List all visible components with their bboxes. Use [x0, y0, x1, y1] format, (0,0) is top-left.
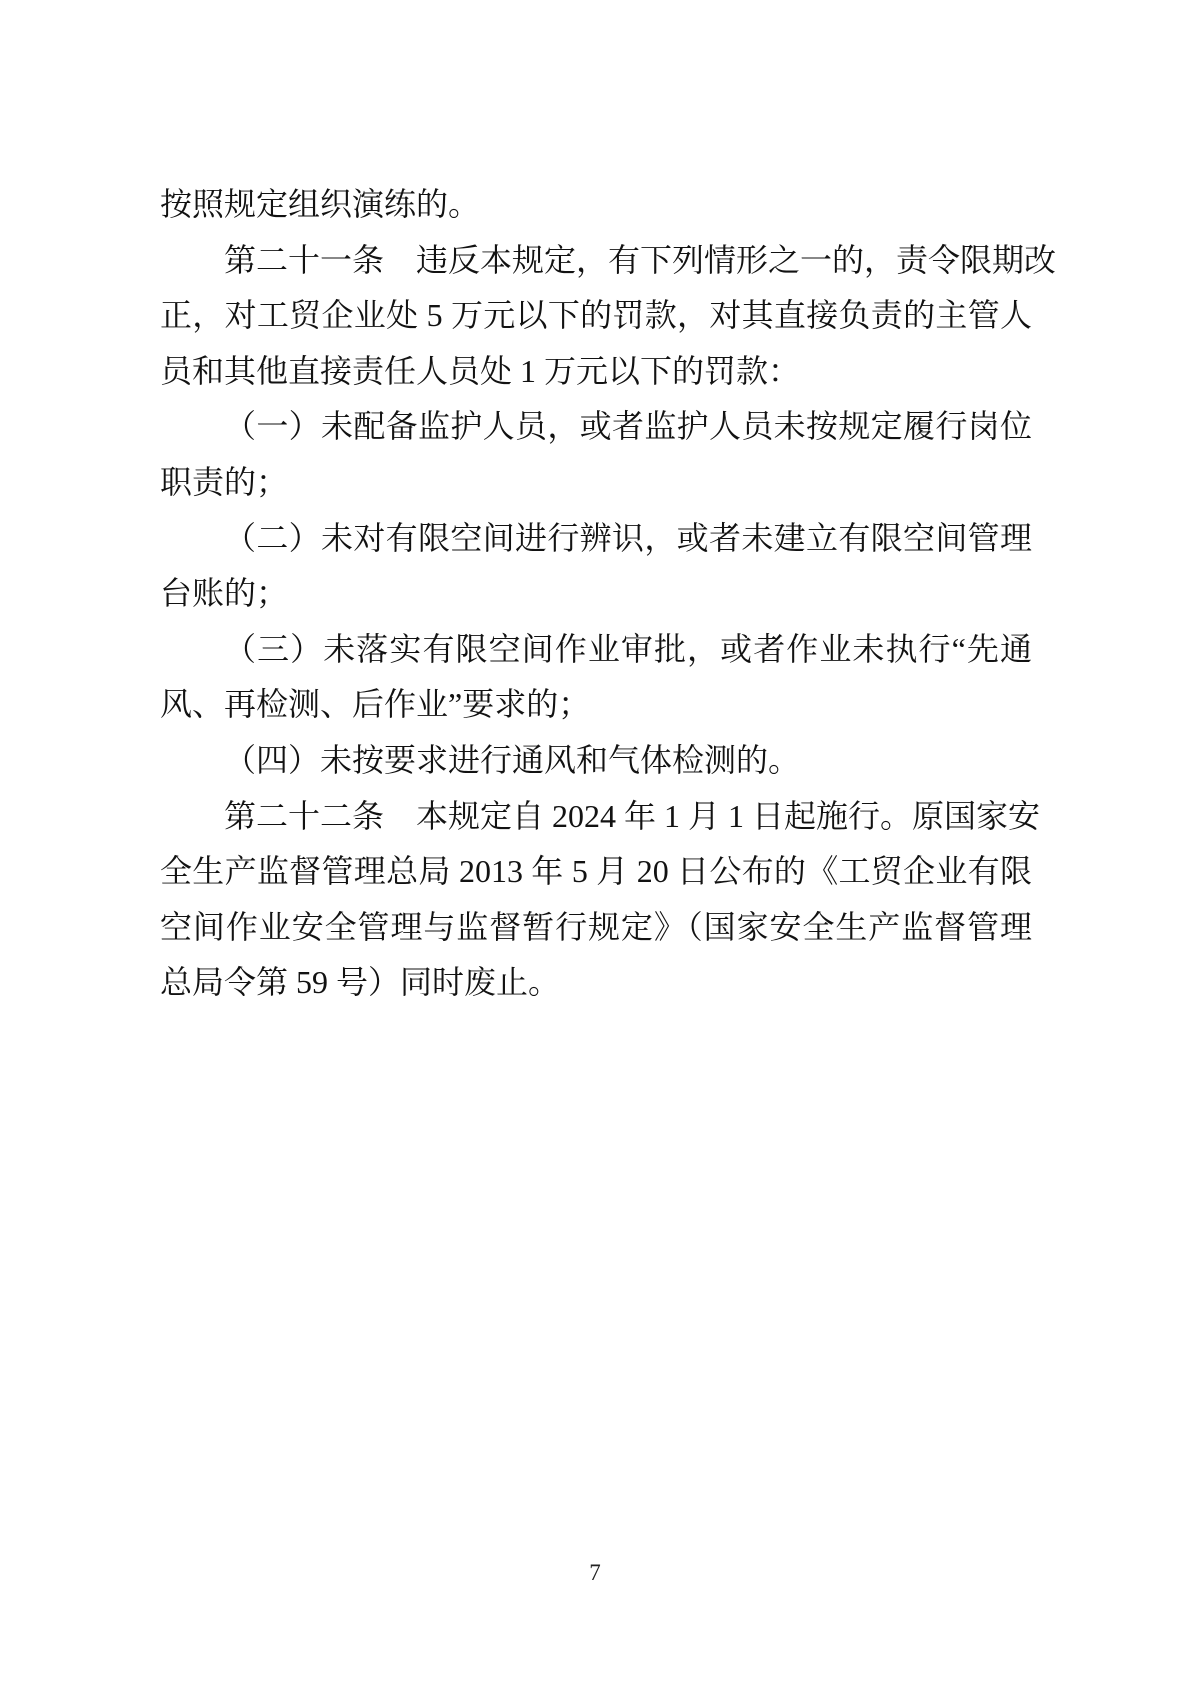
text-line: （二）未对有限空间进行辨识，或者未建立有限空间管理: [160, 511, 1032, 567]
page-number: 7: [0, 1558, 1190, 1588]
text-line: 第二十一条 违反本规定，有下列情形之一的，责令限期改: [160, 233, 1032, 289]
article-21: 第二十一条 违反本规定，有下列情形之一的，责令限期改正，对工贸企业处 5 万元以…: [160, 233, 1032, 400]
article-21-item-1: （一）未配备监护人员，或者监护人员未按规定履行岗位职责的；: [160, 399, 1032, 510]
text-line: 全生产监督管理总局 2013 年 5 月 20 日公布的《工贸企业有限: [160, 844, 1032, 900]
article-21-item-3: （三）未落实有限空间作业审批，或者作业未执行“先通风、再检测、后作业”要求的；: [160, 622, 1032, 733]
text-line: 第二十二条 本规定自 2024 年 1 月 1 日起施行。原国家安: [160, 789, 1032, 845]
article-21-item-2: （二）未对有限空间进行辨识，或者未建立有限空间管理台账的；: [160, 511, 1032, 622]
text-line: （三）未落实有限空间作业审批，或者作业未执行“先通: [160, 622, 1032, 678]
text-line: （一）未配备监护人员，或者监护人员未按规定履行岗位: [160, 399, 1032, 455]
text-line: 总局令第 59 号）同时废止。: [160, 955, 1032, 1011]
article-22: 第二十二条 本规定自 2024 年 1 月 1 日起施行。原国家安全生产监督管理…: [160, 789, 1032, 1011]
text-line: 台账的；: [160, 566, 1032, 622]
text-line: 按照规定组织演练的。: [160, 177, 1032, 233]
article-21-item-4: （四）未按要求进行通风和气体检测的。: [160, 733, 1032, 789]
text-line: 空间作业安全管理与监督暂行规定》（国家安全生产监督管理: [160, 900, 1032, 956]
document-body: 按照规定组织演练的。第二十一条 违反本规定，有下列情形之一的，责令限期改正，对工…: [160, 177, 1032, 1011]
text-line: 正，对工贸企业处 5 万元以下的罚款，对其直接负责的主管人: [160, 288, 1032, 344]
text-line: （四）未按要求进行通风和气体检测的。: [160, 733, 1032, 789]
text-line: 职责的；: [160, 455, 1032, 511]
text-line: 员和其他直接责任人员处 1 万元以下的罚款：: [160, 344, 1032, 400]
document-page: 按照规定组织演练的。第二十一条 违反本规定，有下列情形之一的，责令限期改正，对工…: [0, 0, 1190, 1684]
paragraph-continuation: 按照规定组织演练的。: [160, 177, 1032, 233]
text-line: 风、再检测、后作业”要求的；: [160, 677, 1032, 733]
